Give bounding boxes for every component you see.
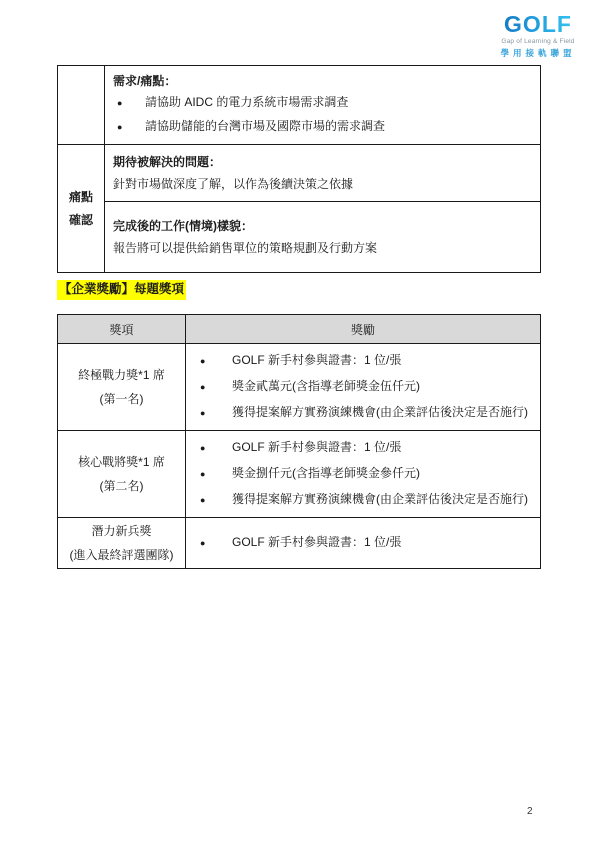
table-row: 潛力新兵獎 (進入最終評選團隊) ● GOLF 新手村參與證書：1 位/張 [58,518,541,569]
table-row: 核心戰將獎*1 席 (第二名) ● GOLF 新手村參與證書：1 位/張 ● 獎… [58,431,541,518]
golf-logo: GOLF Gap of Learning & Field 學用接軌聯盟 [492,13,584,59]
reward-text: 獎金貳萬元(含指導老師獎金伍仟元) [232,374,420,399]
reward-cell: ● GOLF 新手村參與證書：1 位/張 ● 獎金貳萬元(含指導老師獎金伍仟元)… [186,344,541,431]
column-header-award: 獎項 [58,315,186,344]
table-row: 痛點 確認 期待被解決的問題： 針對市場做深度了解，以作為後續決策之依據 [58,145,541,202]
outcome-cell: 完成後的工作(情境)樣貌： 報告將可以提供給銷售單位的策略規劃及行動方案 [105,202,541,273]
list-item: ● GOLF 新手村參與證書：1 位/張 [192,435,534,461]
reward-text: 獎金捌仟元(含指導老師獎金參仟元) [232,461,420,486]
reward-cell: ● GOLF 新手村參與證書：1 位/張 [186,518,541,569]
section-heading-highlight: 【企業獎勵】每題獎項 [57,280,186,300]
award-name-line: (第一名) [59,387,184,411]
bullet-icon: ● [192,462,232,487]
list-item: ● GOLF 新手村參與證書：1 位/張 [192,348,534,374]
award-name-cell: 潛力新兵獎 (進入最終評選團隊) [58,518,186,569]
bullet-icon: ● [192,375,232,400]
bullet-icon: ● [192,531,232,556]
expectation-title: 期待被解決的問題： [113,152,532,172]
list-item: ● 請協助儲能的台灣市場及國際市場的需求調查 [113,115,532,139]
page-number: 2 [527,806,533,817]
award-name-line: 潛力新兵獎 [59,519,184,543]
bullet-icon: ● [192,488,232,513]
list-item: ● 獎金捌仟元(含指導老師獎金參仟元) [192,461,534,487]
award-name-line: 核心戰將獎*1 席 [59,450,184,474]
expectation-body: 針對市場做深度了解，以作為後續決策之依據 [113,174,532,194]
table-row: 終極戰力獎*1 席 (第一名) ● GOLF 新手村參與證書：1 位/張 ● 獎… [58,344,541,431]
golf-wordmark: GOLF [492,13,584,36]
award-name-cell: 核心戰將獎*1 席 (第二名) [58,431,186,518]
list-item: ● 獲得提案解方實務演練機會(由企業評估後決定是否施行) [192,487,534,513]
outcome-title: 完成後的工作(情境)樣貌： [113,216,532,236]
outcome-body: 報告將可以提供給銷售單位的策略規劃及行動方案 [113,238,532,258]
list-item: ● 獲得提案解方實務演練機會(由企業評估後決定是否施行) [192,400,534,426]
pain-side-label-line: 確認 [59,209,103,232]
table-row: 需求/痛點： ● 請協助 AIDC 的電力系統市場需求調查 ● 請協助儲能的台灣… [58,66,541,145]
document-page: GOLF Gap of Learning & Field 學用接軌聯盟 需求/痛… [0,0,595,846]
awards-table: 獎項 獎勵 終極戰力獎*1 席 (第一名) ● GOLF 新手村參與證書：1 位… [57,314,541,569]
award-name-cell: 終極戰力獎*1 席 (第一名) [58,344,186,431]
list-item: ● 獎金貳萬元(含指導老師獎金伍仟元) [192,374,534,400]
pain-side-label: 痛點 確認 [58,145,105,273]
reward-cell: ● GOLF 新手村參與證書：1 位/張 ● 獎金捌仟元(含指導老師獎金參仟元)… [186,431,541,518]
list-item: ● GOLF 新手村參與證書：1 位/張 [192,530,534,556]
reward-text: GOLF 新手村參與證書：1 位/張 [232,348,401,373]
need-bullet-text: 請協助 AIDC 的電力系統市場需求調查 [145,91,348,114]
need-pain-cell: 需求/痛點： ● 請協助 AIDC 的電力系統市場需求調查 ● 請協助儲能的台灣… [105,66,541,145]
bullet-icon: ● [192,349,232,374]
bullet-icon: ● [113,92,145,115]
reward-text: GOLF 新手村參與證書：1 位/張 [232,530,401,555]
column-header-reward: 獎勵 [186,315,541,344]
list-item: ● 請協助 AIDC 的電力系統市場需求調查 [113,91,532,115]
reward-text: 獲得提案解方實務演練機會(由企業評估後決定是否施行) [232,487,528,512]
need-pain-title: 需求/痛點： [113,71,532,91]
award-name-line: (進入最終評選團隊) [59,543,184,567]
expectation-cell: 期待被解決的問題： 針對市場做深度了解，以作為後續決策之依據 [105,145,541,202]
pain-side-label-line: 痛點 [59,186,103,209]
award-name-line: (第二名) [59,474,184,498]
award-name-line: 終極戰力獎*1 席 [59,363,184,387]
pain-side-empty-cell [58,66,105,145]
bullet-icon: ● [192,401,232,426]
bullet-icon: ● [113,116,145,139]
bullet-icon: ● [192,436,232,461]
golf-tagline: Gap of Learning & Field [492,38,584,45]
pain-table: 需求/痛點： ● 請協助 AIDC 的電力系統市場需求調查 ● 請協助儲能的台灣… [57,65,541,273]
table-header-row: 獎項 獎勵 [58,315,541,344]
section-heading: 【企業獎勵】每題獎項 [57,280,186,300]
golf-chinese-subtitle: 學用接軌聯盟 [492,47,584,59]
table-row: 完成後的工作(情境)樣貌： 報告將可以提供給銷售單位的策略規劃及行動方案 [58,202,541,273]
reward-text: GOLF 新手村參與證書：1 位/張 [232,435,401,460]
reward-text: 獲得提案解方實務演練機會(由企業評估後決定是否施行) [232,400,528,425]
need-bullet-text: 請協助儲能的台灣市場及國際市場的需求調查 [145,115,385,138]
